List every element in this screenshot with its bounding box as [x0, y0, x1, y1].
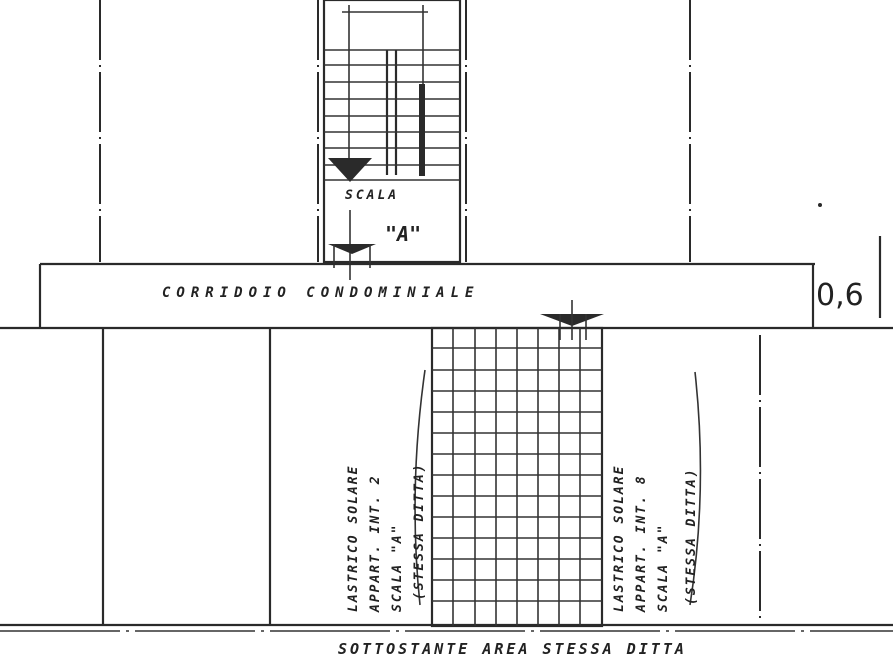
left-terrace-line1: LASTRICO SOLARE [346, 465, 361, 612]
left-terrace-line4: (STESSA DITTA) [412, 462, 427, 600]
left-terrace-line3: SCALA "A" [390, 524, 405, 612]
bottom-note: SOTTOSTANTE AREA STESSA DITTA [338, 640, 687, 658]
left-terrace-line2: APPART. INT. 2 [368, 474, 383, 612]
lower-walls [0, 328, 893, 631]
right-terrace-line4: (STESSA DITTA) [684, 467, 699, 605]
stair-label: SCALA [345, 188, 399, 203]
dimension-value: 0,6 [816, 278, 864, 313]
right-terrace-line2: APPART. INT. 8 [634, 474, 649, 612]
right-terrace-line3: SCALA "A" [656, 524, 671, 612]
floor-plan-drawing [0, 0, 893, 670]
stair-id-label: "A" [385, 222, 421, 246]
grating-grid [432, 328, 602, 626]
corridor-label: CORRIDOIO CONDOMINIALE [162, 285, 479, 301]
right-terrace-line1: LASTRICO SOLARE [612, 465, 627, 612]
